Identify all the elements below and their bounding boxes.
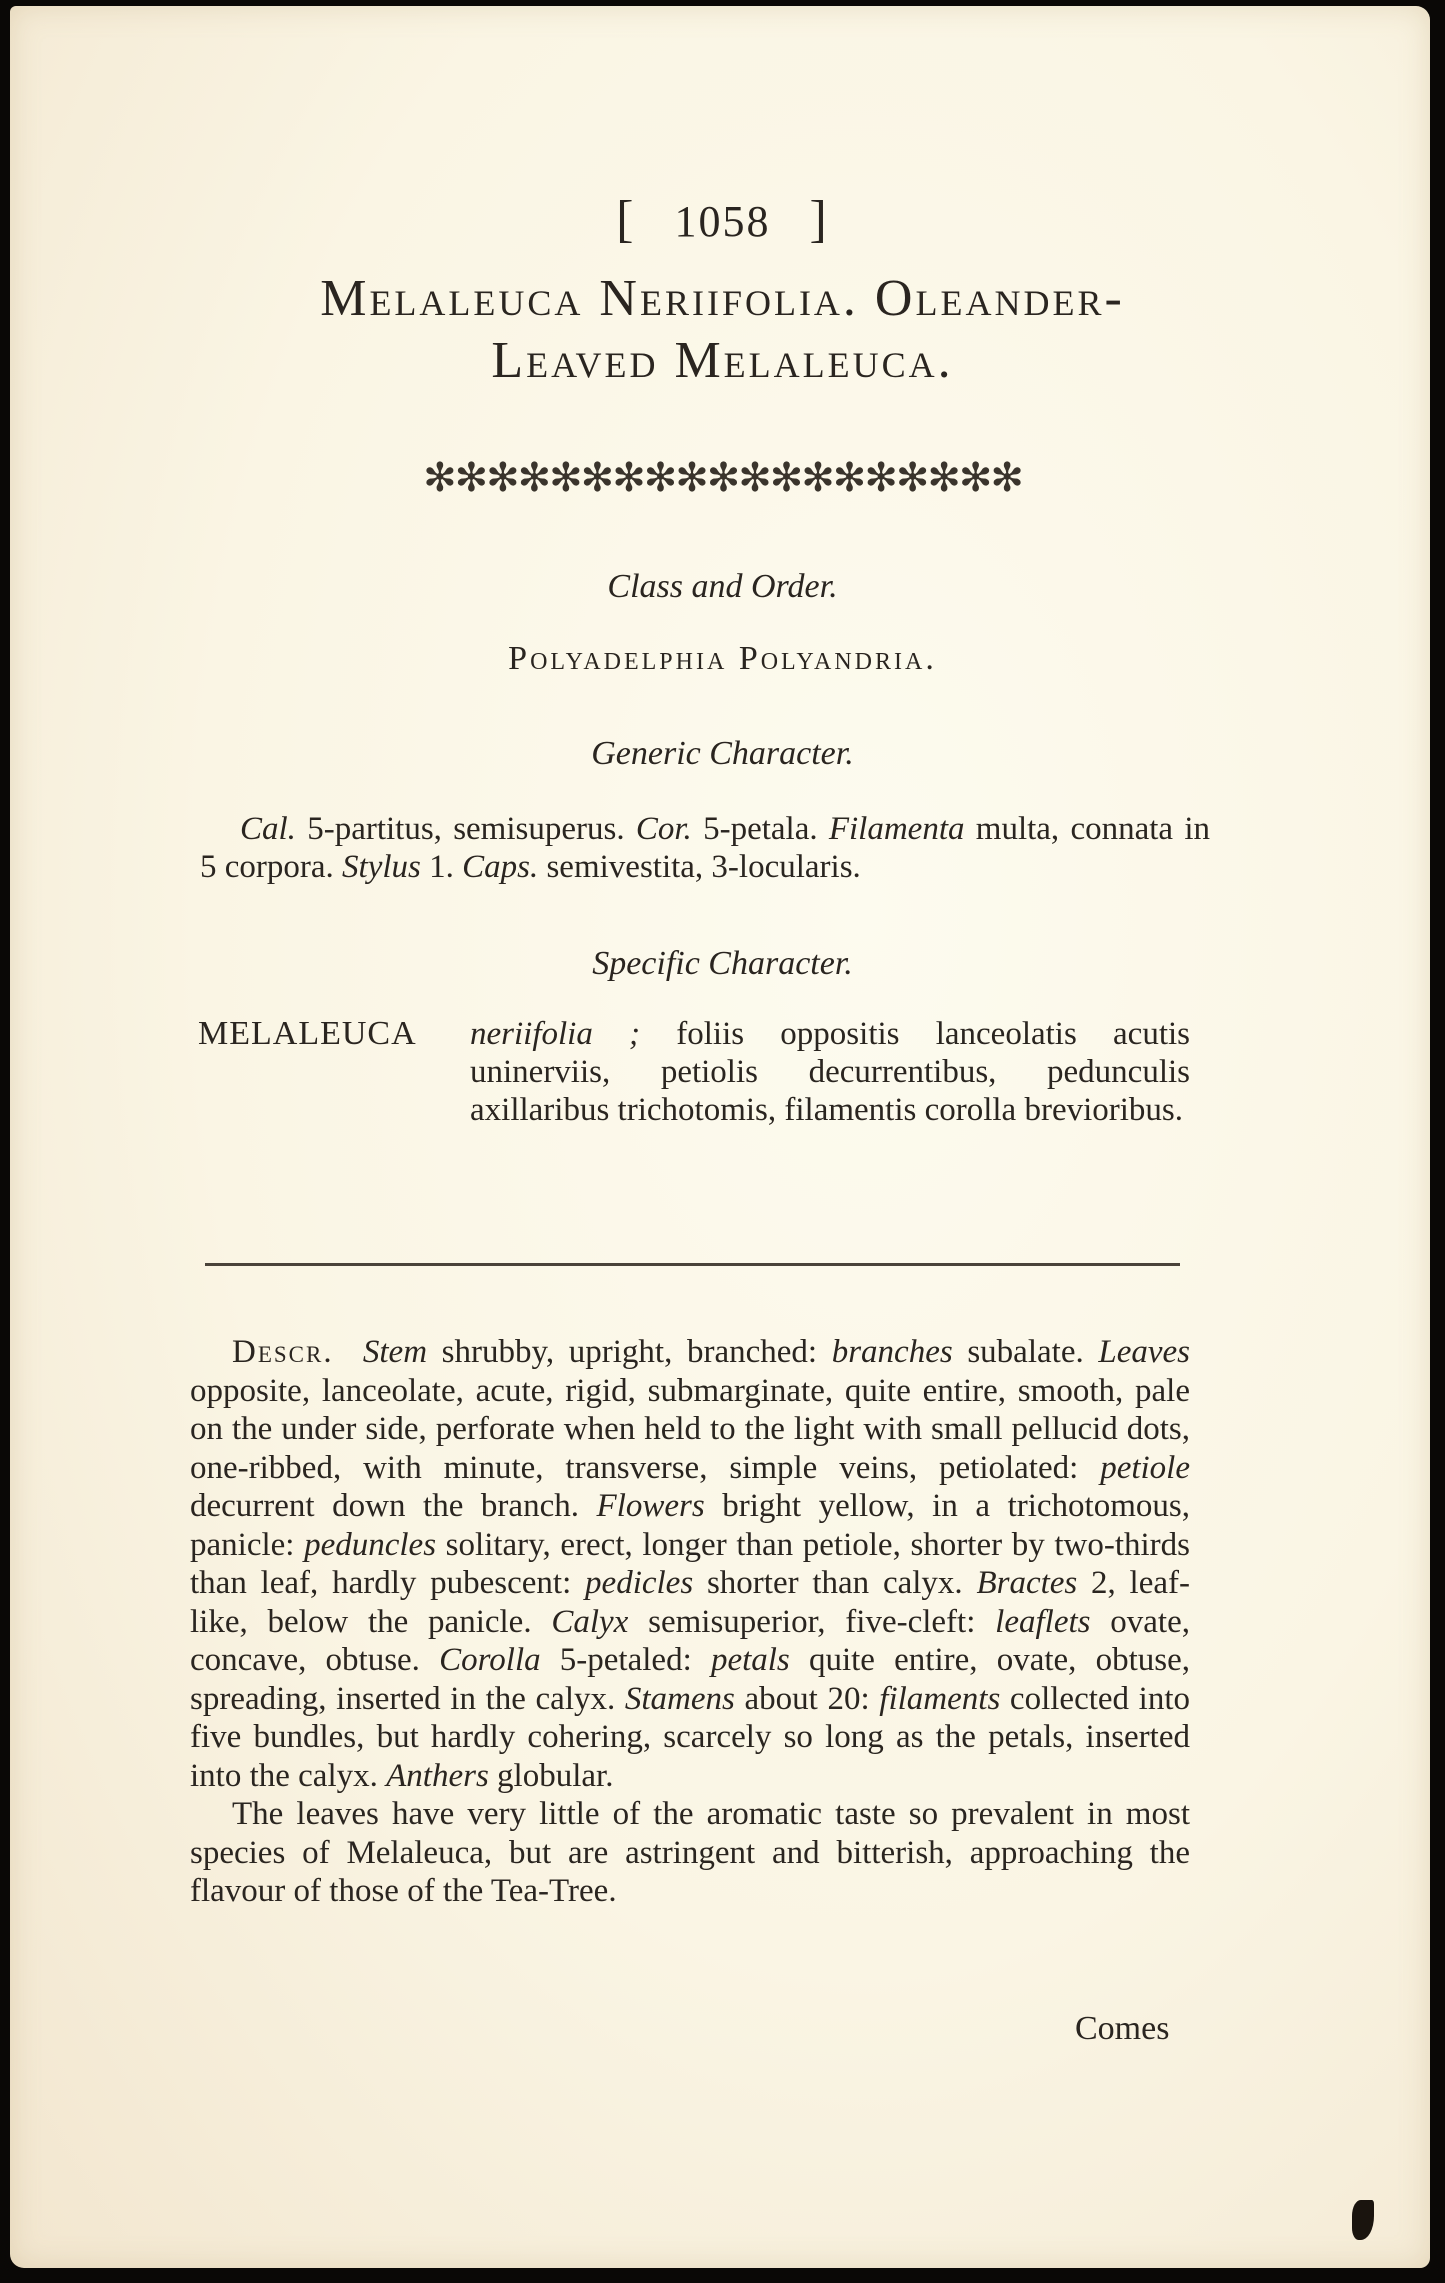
term: Filamenta bbox=[829, 811, 965, 847]
generic-character-text: Cal. 5-partitus, semisuperus. Cor. 5-pet… bbox=[200, 810, 1210, 886]
term: Cal. bbox=[240, 811, 296, 847]
term: petals bbox=[711, 1642, 790, 1678]
term: Bractes bbox=[976, 1565, 1077, 1601]
divider-rule bbox=[205, 1263, 1180, 1266]
species-name: neriifolia ; bbox=[470, 1016, 640, 1052]
text: 5-partitus, semisuperus. bbox=[296, 811, 636, 847]
title-line-1: Melaleuca Neriifolia. Oleander- bbox=[0, 268, 1445, 330]
text: semivestita, 3-locularis. bbox=[538, 849, 861, 885]
term: Calyx bbox=[551, 1604, 628, 1640]
specific-character-heading: Specific Character. bbox=[0, 945, 1445, 983]
term: branches bbox=[832, 1334, 953, 1370]
title-line-2: Leaved Melaleuca. bbox=[0, 330, 1445, 392]
description-paragraph-1: Descr. Stem shrubby, upright, branched: … bbox=[190, 1333, 1190, 1795]
term: petiole bbox=[1100, 1450, 1190, 1486]
description-paragraph-2: The leaves have very little of the aroma… bbox=[190, 1795, 1190, 1911]
description: Descr. Stem shrubby, upright, branched: … bbox=[190, 1333, 1190, 1911]
text: globular. bbox=[489, 1758, 614, 1794]
term: pedicles bbox=[585, 1565, 693, 1601]
text: shrubby, upright, branched: bbox=[427, 1334, 832, 1370]
term: leaflets bbox=[995, 1604, 1090, 1640]
term: Anthers bbox=[386, 1758, 489, 1794]
term: Stylus bbox=[342, 849, 421, 885]
class-order-value: Polyadelphia Polyandria. bbox=[0, 640, 1445, 678]
term: Corolla bbox=[439, 1642, 540, 1678]
ornament-rule-icon: ✻✻✻✻✻✻✻✻✻✻✻✻✻✻✻✻✻✻✻ bbox=[0, 455, 1445, 501]
bracket-right: ] bbox=[810, 191, 829, 248]
text: 5-petaled: bbox=[541, 1642, 711, 1678]
term: Flowers bbox=[597, 1488, 705, 1524]
specific-character-text: neriifolia ; foliis oppositis lanceolati… bbox=[470, 1015, 1190, 1129]
term: peduncles bbox=[304, 1527, 436, 1563]
class-order-heading: Class and Order. bbox=[0, 568, 1445, 606]
term: filaments bbox=[879, 1681, 1000, 1717]
text: subalate. bbox=[953, 1334, 1099, 1370]
page-number: [ 1058 ] bbox=[0, 190, 1445, 249]
text: about 20: bbox=[735, 1681, 879, 1717]
page-number-value: 1058 bbox=[675, 197, 771, 246]
text: decurrent down the branch. bbox=[190, 1488, 597, 1524]
term: Stamens bbox=[625, 1681, 735, 1717]
genus-label: MELALEUCA bbox=[198, 1015, 417, 1053]
text: shorter than calyx. bbox=[693, 1565, 976, 1601]
term: Stem bbox=[363, 1334, 427, 1370]
catchword: Comes bbox=[1075, 2010, 1169, 2048]
text: 1. bbox=[421, 849, 462, 885]
term: Leaves bbox=[1098, 1334, 1190, 1370]
text: semisuperior, five-cleft: bbox=[628, 1604, 995, 1640]
term: Cor. bbox=[636, 811, 692, 847]
bracket-left: [ bbox=[616, 191, 635, 248]
text: opposite, lanceolate, acute, rigid, subm… bbox=[190, 1373, 1190, 1486]
text: 5-petala. bbox=[692, 811, 829, 847]
term: Caps. bbox=[462, 849, 538, 885]
descr-label: Descr. bbox=[232, 1334, 334, 1370]
generic-character-heading: Generic Character. bbox=[0, 735, 1445, 773]
